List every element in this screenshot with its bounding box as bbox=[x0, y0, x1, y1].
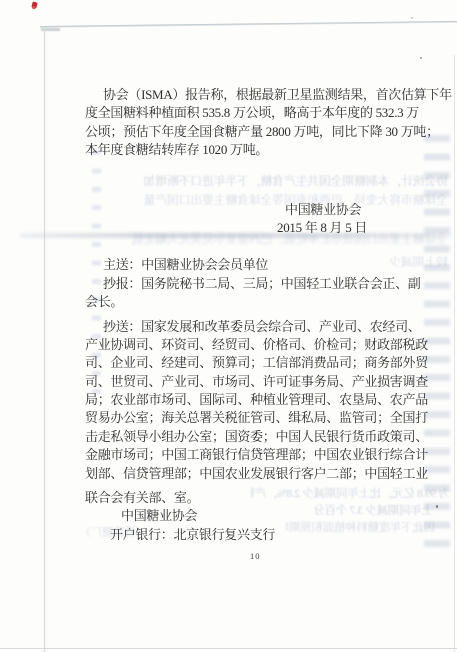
distribution-line: 划部、信贷管理部；中国农业发展银行客户二部；中国轻工业 bbox=[85, 465, 450, 483]
paragraph-line: 本年度食糖结转库存 1020 万吨。 bbox=[85, 141, 450, 159]
distribution-line-main-send: 主送：中国糖业协会会员单位 bbox=[85, 256, 450, 274]
distribution-line-copy-send: 抄送：国家发展和改革委员会综合司、产业司、农经司、 bbox=[85, 318, 450, 336]
distribution-line: 司、世贸司、产业司、市场司、许可证事务局、产业损害调查 bbox=[85, 373, 450, 391]
scanned-document-page: 协会统计，本制糖期全国共生产食糖，下半年进口不断增加 全球糖市将大变局，巴西和泰… bbox=[0, 0, 457, 652]
scan-bottom-line bbox=[0, 648, 457, 649]
red-ink-mark bbox=[31, 1, 37, 8]
footer-bank-line: 开户银行：北京银行复兴支行 bbox=[85, 526, 450, 544]
signature-org: 中国糖业协会 bbox=[85, 201, 450, 219]
distribution-line: 司、企业司、经建司、预算司；工信部消费品司；商务部外贸 bbox=[85, 354, 450, 372]
ink-speck bbox=[420, 57, 422, 59]
distribution-line: 产业协调司、环资司、经贸司、价格司、价检司；财政部税政 bbox=[85, 336, 450, 354]
paragraph-line: 度全国糖料种植面积 535.8 万公顷，略高于本年度的 532.3 万 bbox=[85, 104, 450, 122]
distribution-line: 联合会有关部、室。 bbox=[85, 489, 450, 507]
paper-top-edge bbox=[40, 21, 457, 28]
distribution-line: 贸易办公室；海关总署关税征管司、缉私局、监管司；全国打 bbox=[85, 409, 450, 427]
paper-left-edge bbox=[44, 27, 45, 652]
document-body: 协会（ISMA）报告称，根据最新卫星监测结果，首次估算下年 度全国糖料种植面积 … bbox=[85, 86, 450, 544]
distribution-line: 金融市场司；中国工商银行信贷管理部；中国农业银行综合计 bbox=[85, 446, 450, 464]
distribution-line: 击走私领导小组办公室；国资委；中国人民银行货币政策司、 bbox=[85, 428, 450, 446]
paragraph-line: 协会（ISMA）报告称，根据最新卫星监测结果，首次估算下年 bbox=[85, 86, 450, 104]
signature-date: 2015 年 8 月 5 日 bbox=[85, 219, 450, 237]
paper-right-edge bbox=[454, 55, 455, 652]
page-number: 10 bbox=[250, 551, 261, 561]
paragraph-line: 公顷；预估下年度全国食糖产量 2800 万吨，同比下降 30 万吨； bbox=[85, 123, 450, 141]
distribution-line-copy-report: 抄报：国务院秘书二局、三局；中国轻工业联合会正、副 bbox=[85, 275, 450, 293]
distribution-line: 会长。 bbox=[85, 293, 450, 311]
ink-speck bbox=[411, 17, 413, 19]
footer-org: 中国糖业协会 bbox=[85, 507, 450, 525]
distribution-line: 局；农业部市场司、国际司、种植业管理司、农垦局、农产品 bbox=[85, 391, 450, 409]
